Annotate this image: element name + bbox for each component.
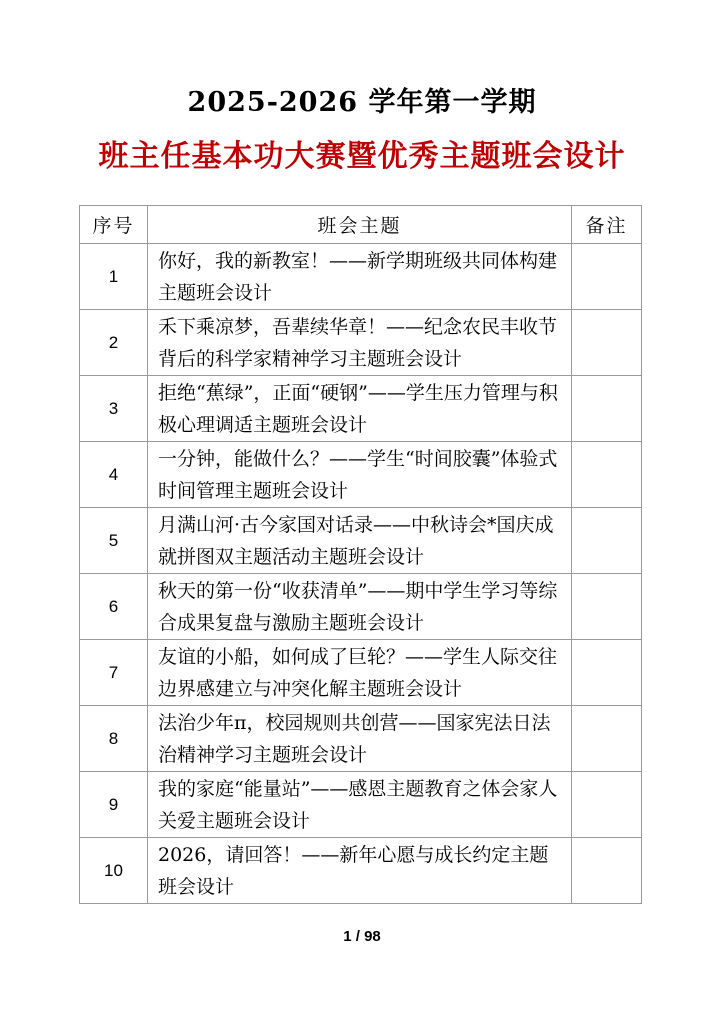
row-serial-number: 3 [80, 376, 148, 442]
header-remarks: 备注 [572, 206, 642, 244]
row-remark [572, 244, 642, 310]
row-serial-number: 1 [80, 244, 148, 310]
row-serial-number: 4 [80, 442, 148, 508]
row-serial-number: 5 [80, 508, 148, 574]
row-meeting-theme: 拒绝“蕉绿”，正面“硬钢”——学生压力管理与积极心理调适主题班会设计 [148, 376, 572, 442]
meeting-themes-table: 序号 班会主题 备注 1 你好，我的新教室！——新学期班级共同体构建主题班会设计… [79, 205, 642, 904]
row-remark [572, 838, 642, 904]
row-meeting-theme: 2026，请回答！——新年心愿与成长约定主题班会设计 [148, 838, 572, 904]
row-remark [572, 772, 642, 838]
table-row: 5 月满山河·古今家国对话录——中秋诗会*国庆成就拼图双主题活动主题班会设计 [80, 508, 642, 574]
table-row: 10 2026，请回答！——新年心愿与成长约定主题班会设计 [80, 838, 642, 904]
table-row: 4 一分钟，能做什么？——学生“时间胶囊”体验式时间管理主题班会设计 [80, 442, 642, 508]
row-serial-number: 6 [80, 574, 148, 640]
row-meeting-theme: 我的家庭“能量站”——感恩主题教育之体会家人关爱主题班会设计 [148, 772, 572, 838]
row-meeting-theme: 月满山河·古今家国对话录——中秋诗会*国庆成就拼图双主题活动主题班会设计 [148, 508, 572, 574]
row-remark [572, 442, 642, 508]
row-meeting-theme: 禾下乘凉梦，吾辈续华章！——纪念农民丰收节背后的科学家精神学习主题班会设计 [148, 310, 572, 376]
row-serial-number: 9 [80, 772, 148, 838]
page-number-indicator: 1 / 98 [0, 928, 724, 945]
table-row: 9 我的家庭“能量站”——感恩主题教育之体会家人关爱主题班会设计 [80, 772, 642, 838]
table-row: 3 拒绝“蕉绿”，正面“硬钢”——学生压力管理与积极心理调适主题班会设计 [80, 376, 642, 442]
row-remark [572, 640, 642, 706]
document-title: 2025-2026 学年第一学期 [0, 80, 724, 119]
row-meeting-theme: 秋天的第一份“收获清单”——期中学生学习等综合成果复盘与激励主题班会设计 [148, 574, 572, 640]
row-meeting-theme: 一分钟，能做什么？——学生“时间胶囊”体验式时间管理主题班会设计 [148, 442, 572, 508]
row-serial-number: 2 [80, 310, 148, 376]
row-serial-number: 10 [80, 838, 148, 904]
table-body: 1 你好，我的新教室！——新学期班级共同体构建主题班会设计 2 禾下乘凉梦，吾辈… [80, 244, 642, 904]
row-remark [572, 574, 642, 640]
row-meeting-theme: 友谊的小船，如何成了巨轮？——学生人际交往边界感建立与冲突化解主题班会设计 [148, 640, 572, 706]
row-serial-number: 8 [80, 706, 148, 772]
row-serial-number: 7 [80, 640, 148, 706]
table-row: 1 你好，我的新教室！——新学期班级共同体构建主题班会设计 [80, 244, 642, 310]
row-meeting-theme: 你好，我的新教室！——新学期班级共同体构建主题班会设计 [148, 244, 572, 310]
table-row: 2 禾下乘凉梦，吾辈续华章！——纪念农民丰收节背后的科学家精神学习主题班会设计 [80, 310, 642, 376]
table-header-row: 序号 班会主题 备注 [80, 206, 642, 244]
table-row: 8 法治少年π，校园规则共创营——国家宪法日法治精神学习主题班会设计 [80, 706, 642, 772]
row-remark [572, 376, 642, 442]
document-page: 2025-2026 学年第一学期 班主任基本功大赛暨优秀主题班会设计 序号 班会… [0, 0, 724, 1024]
row-remark [572, 706, 642, 772]
header-meeting-theme: 班会主题 [148, 206, 572, 244]
header-serial-number: 序号 [80, 206, 148, 244]
document-subtitle: 班主任基本功大赛暨优秀主题班会设计 [0, 131, 724, 175]
table-row: 7 友谊的小船，如何成了巨轮？——学生人际交往边界感建立与冲突化解主题班会设计 [80, 640, 642, 706]
row-remark [572, 310, 642, 376]
row-remark [572, 508, 642, 574]
row-meeting-theme: 法治少年π，校园规则共创营——国家宪法日法治精神学习主题班会设计 [148, 706, 572, 772]
table-row: 6 秋天的第一份“收获清单”——期中学生学习等综合成果复盘与激励主题班会设计 [80, 574, 642, 640]
